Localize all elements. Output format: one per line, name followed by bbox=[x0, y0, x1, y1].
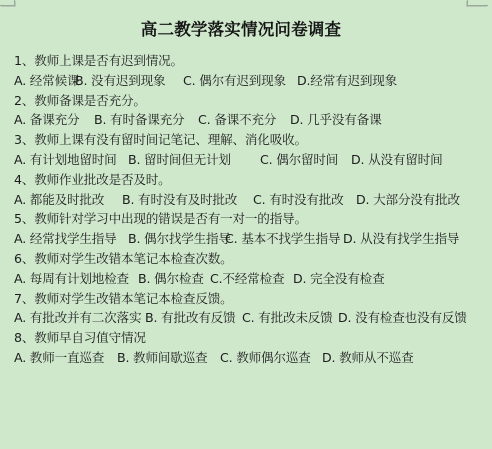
option-b: B. 有时没有及时批改 bbox=[122, 190, 253, 210]
question-text: 5、教师针对学习中出现的错误是否有一对一的指导。 bbox=[14, 209, 492, 229]
question-options: A. 教师一直巡查B. 教师间歇巡查C. 教师偶尔巡查D. 教师从不巡查 bbox=[14, 348, 492, 368]
option-d: D. 从没有找学生指导 bbox=[343, 229, 459, 249]
option-d: D. 大部分没有批改 bbox=[356, 190, 460, 210]
question-options: A. 有批改并有二次落实B. 有批改有反馈C. 有批改未反馈D. 没有检查也没有… bbox=[14, 308, 492, 328]
question-text: 2、教师备课是否充分。 bbox=[14, 91, 492, 111]
question-options: A. 备课充分B. 有时备课充分C. 备课不充分D. 几乎没有备课 bbox=[14, 110, 492, 130]
option-a: A. 经常候课 bbox=[14, 71, 75, 91]
option-a: A. 经常找学生指导 bbox=[14, 229, 128, 249]
option-d: D. 从没有留时间 bbox=[351, 150, 442, 170]
crop-mark-top-left bbox=[0, 0, 15, 6]
option-a: A. 每周有计划地检查 bbox=[14, 269, 138, 289]
option-a: A. 有批改并有二次落实 bbox=[14, 308, 145, 328]
option-b: B. 留时间但无计划 bbox=[128, 150, 260, 170]
option-d: D. 教师从不巡查 bbox=[322, 348, 413, 368]
question-options: A. 每周有计划地检查B. 偶尔检查C.不经常检查D. 完全没有检查 bbox=[14, 269, 492, 289]
option-d: D. 没有检查也没有反馈 bbox=[338, 308, 467, 328]
option-a: A. 教师一直巡查 bbox=[14, 348, 117, 368]
question-options: A. 都能及时批改B. 有时没有及时批改C. 有时没有批改D. 大部分没有批改 bbox=[14, 190, 492, 210]
option-b: B. 教师间歇巡查 bbox=[117, 348, 220, 368]
question-options: A. 经常找学生指导B. 偶尔找学生指导C. 基本不找学生指导D. 从没有找学生… bbox=[14, 229, 492, 249]
option-a: A. 有计划地留时间 bbox=[14, 150, 128, 170]
option-b: B. 没有迟到现象 bbox=[75, 71, 183, 91]
option-c: C. 有时没有批改 bbox=[253, 190, 356, 210]
option-d: D. 几乎没有备课 bbox=[290, 110, 381, 130]
option-b: B. 偶尔找学生指导 bbox=[128, 229, 225, 249]
option-b: B. 有批改有反馈 bbox=[145, 308, 242, 328]
option-c: C.不经常检查 bbox=[210, 269, 293, 289]
question-options: A. 经常候课B. 没有迟到现象C. 偶尔有迟到现象D.经常有迟到现象 bbox=[14, 71, 492, 91]
option-c: C. 基本不找学生指导 bbox=[225, 229, 343, 249]
option-c: C. 备课不充分 bbox=[198, 110, 290, 130]
question-options: A. 有计划地留时间B. 留时间但无计划C. 偶尔留时间D. 从没有留时间 bbox=[14, 150, 492, 170]
option-d: D.经常有迟到现象 bbox=[297, 71, 397, 91]
option-b: B. 有时备课充分 bbox=[94, 110, 198, 130]
question-text: 6、教师对学生改错本笔记本检查次数。 bbox=[14, 249, 492, 269]
crop-mark-top-right bbox=[467, 0, 488, 6]
option-a: A. 都能及时批改 bbox=[14, 190, 122, 210]
question-text: 1、教师上课是否有迟到情况。 bbox=[14, 51, 492, 71]
option-c: C. 偶尔留时间 bbox=[260, 150, 351, 170]
option-a: A. 备课充分 bbox=[14, 110, 94, 130]
question-text: 3、教师上课有没有留时间记笔记、理解、消化吸收。 bbox=[14, 130, 492, 150]
question-text: 7、教师对学生改错本笔记本检查反馈。 bbox=[14, 289, 492, 309]
option-c: C. 偶尔有迟到现象 bbox=[183, 71, 297, 91]
question-text: 4、教师作业批改是否及时。 bbox=[14, 170, 492, 190]
questionnaire-body: 1、教师上课是否有迟到情况。 A. 经常候课B. 没有迟到现象C. 偶尔有迟到现… bbox=[14, 51, 492, 368]
option-c: C. 教师偶尔巡查 bbox=[220, 348, 322, 368]
document-title: 高二教学落实情况问卷调查 bbox=[0, 16, 482, 40]
option-b: B. 偶尔检查 bbox=[138, 269, 210, 289]
question-text: 8、教师早自习值守情况 bbox=[14, 328, 492, 348]
option-c: C. 有批改未反馈 bbox=[242, 308, 338, 328]
option-d: D. 完全没有检查 bbox=[293, 269, 384, 289]
